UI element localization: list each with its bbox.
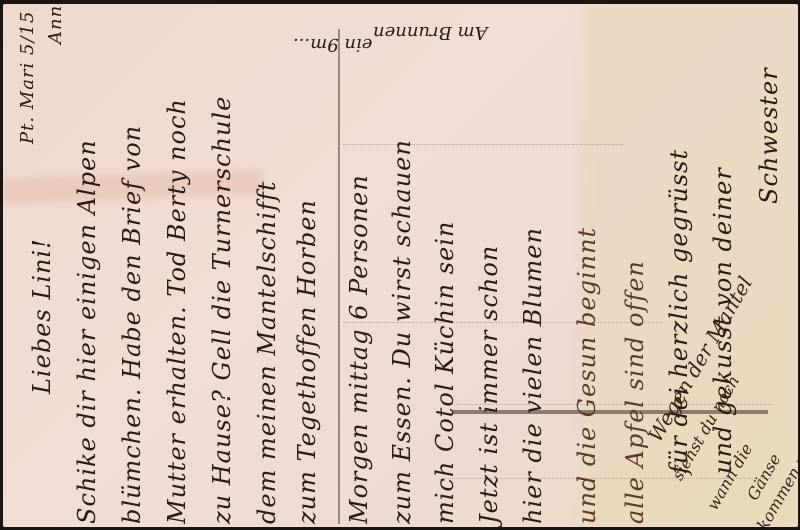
address-line: ein 9m... — [293, 34, 372, 55]
greeting: Liebes Lini! — [28, 238, 56, 394]
divider-line — [338, 29, 340, 524]
line: zum Essen. Du wirst schauen — [388, 139, 416, 524]
line: Morgen mittag 6 Personen — [345, 174, 373, 524]
line: alle Apfel sind offen — [621, 260, 649, 524]
corner-note: Anna — [45, 4, 66, 44]
signature: Schwester — [755, 67, 783, 204]
line: dem meinen Mantelschifft — [253, 181, 281, 525]
line: zum Tegethoffen Horben — [293, 199, 321, 524]
line: Mutter erhalten. Tod Berty noch — [163, 98, 191, 524]
line: mich Cotol Küchin sein — [431, 221, 459, 524]
dotted-line — [343, 144, 623, 145]
line: Schike dir hier einigen Alpen — [73, 139, 101, 524]
line: blümchen. Habe den Brief von — [118, 125, 146, 524]
postcard: Pt. Mari 5/15 Anna Liebes Lini! Schike d… — [3, 4, 798, 527]
place-date: Pt. Mari 5/15 — [17, 11, 38, 144]
address-line: Am Brunnen — [373, 22, 488, 43]
line: Jetzt ist immer schon — [475, 245, 503, 524]
line: hier die vielen Blumen — [519, 227, 547, 524]
line: und die Gesun beginnt — [573, 227, 601, 524]
line: zu Hause? Gell die Turnerschule — [208, 96, 236, 524]
